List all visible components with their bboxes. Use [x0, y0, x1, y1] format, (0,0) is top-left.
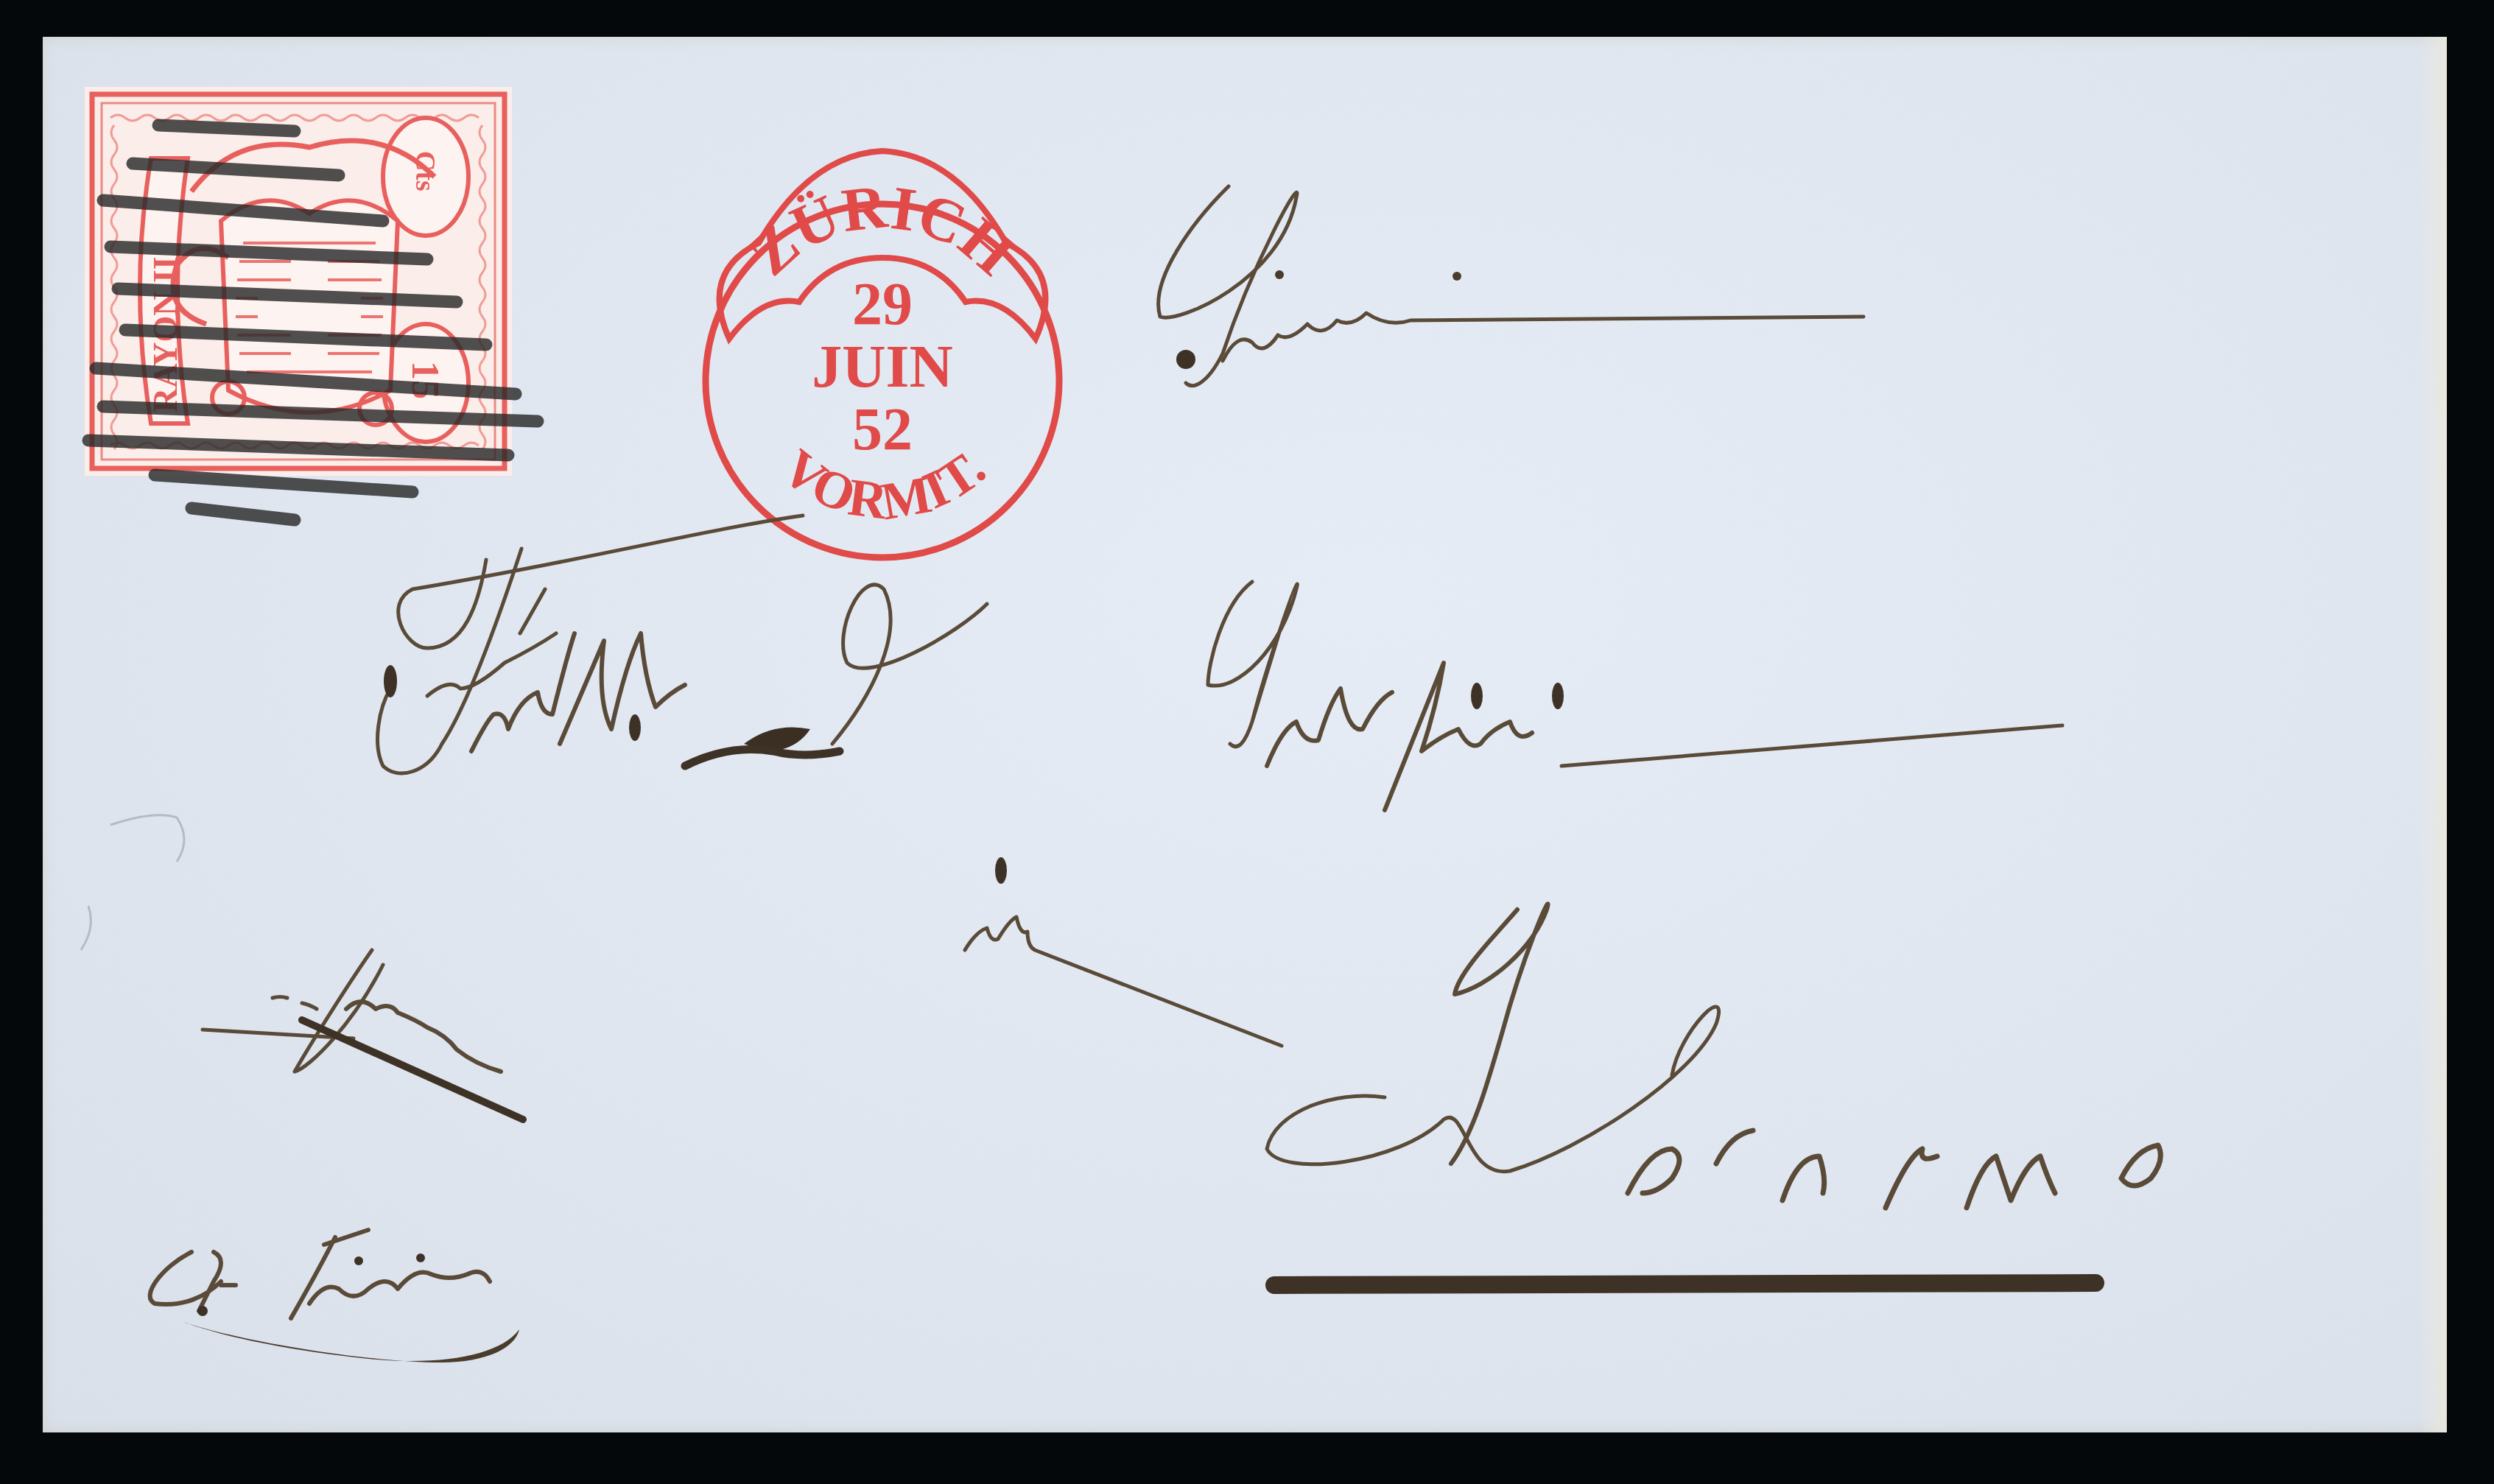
pencil-marks	[81, 815, 184, 950]
postmark-month: JUIN	[812, 333, 952, 400]
postmark-year: 52	[852, 395, 913, 463]
address-handwriting: Signori Fratelli Lutifini	[378, 186, 2161, 1285]
canton-annotation: Ct. Ticino	[150, 1230, 519, 1362]
addressee-line: Fratelli Lutifini	[378, 516, 2062, 810]
photo-background: RAYON II Cts 15	[0, 0, 2494, 1484]
cover-artwork: RAYON II Cts 15	[0, 0, 2494, 1484]
postage-stamp: RAYON II Cts 15	[85, 87, 538, 520]
franking-annotation: franca	[203, 950, 523, 1119]
postmark-day: 29	[852, 270, 913, 337]
preposition-line: in	[965, 857, 1282, 1046]
city-line: Locarno	[1267, 904, 2160, 1285]
salutation-line: Signori	[1159, 186, 1864, 386]
zurich-postmark: ZÜRICH 29 JUIN 52 VORMIT.	[706, 151, 1059, 558]
